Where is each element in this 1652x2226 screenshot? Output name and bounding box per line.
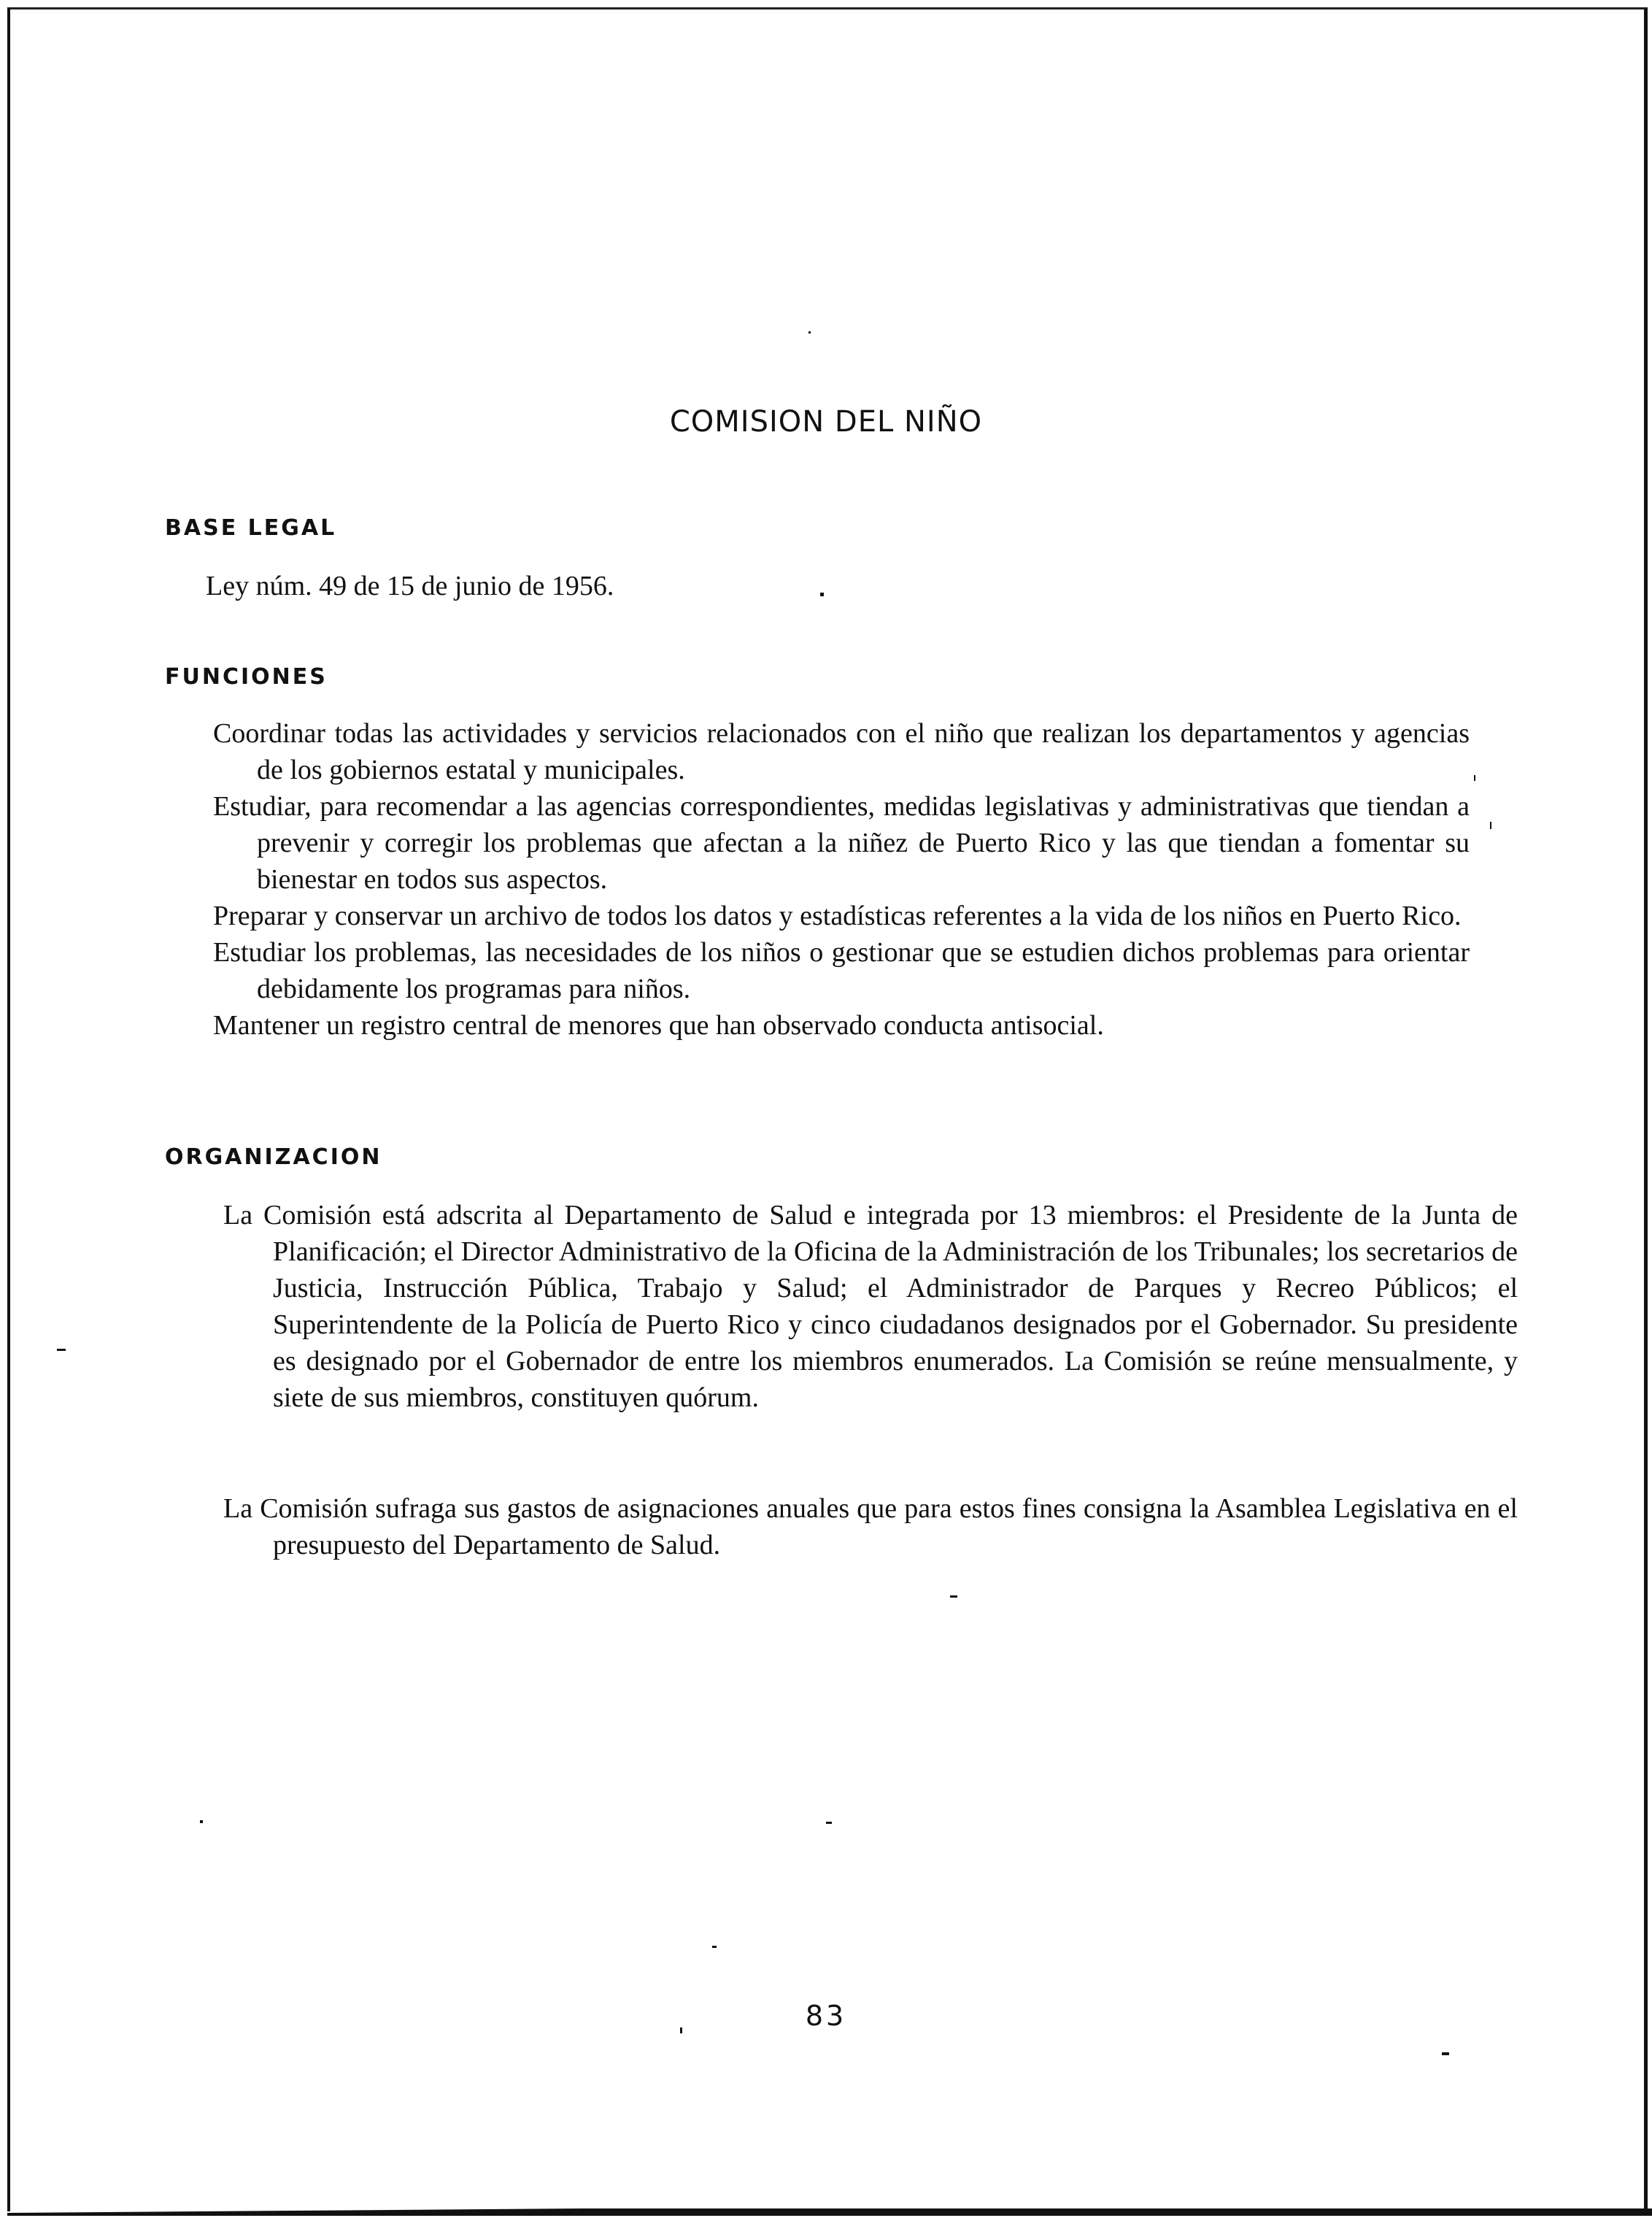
scan-speck: [680, 2027, 682, 2033]
scan-speck: [1474, 775, 1475, 781]
scan-speck: [712, 1946, 717, 1948]
page-border: [7, 7, 1648, 2211]
scan-speck: [950, 1595, 957, 1598]
funcion-item: Coordinar todas las actividades y servic…: [213, 715, 1470, 788]
organizacion-paragraph: La Comisión sufraga sus gastos de asigna…: [223, 1490, 1518, 1563]
scan-speck: [820, 593, 824, 596]
heading-funciones: FUNCIONES: [165, 664, 328, 690]
base-legal-text: Ley núm. 49 de 15 de junio de 1956.: [206, 568, 614, 604]
scan-speck: [1442, 2052, 1449, 2055]
funcion-item: Preparar y conservar un archivo de todos…: [213, 898, 1470, 934]
funcion-item: Estudiar, para recomendar a las agencias…: [213, 788, 1470, 898]
funcion-item: Estudiar los problemas, las necesidades …: [213, 934, 1470, 1007]
scan-speck: [200, 1820, 203, 1823]
funciones-list: Coordinar todas las actividades y servic…: [213, 715, 1470, 1044]
heading-base-legal: BASE LEGAL: [165, 515, 336, 541]
heading-organizacion: ORGANIZACION: [165, 1144, 382, 1170]
scan-speck: [826, 1822, 832, 1824]
page-number: 83: [0, 2000, 1652, 2032]
scan-speck: [1490, 822, 1491, 829]
scan-speck: [808, 331, 811, 334]
organizacion-paragraph: La Comisión está adscrita al Departament…: [223, 1197, 1518, 1416]
scan-speck: [57, 1349, 66, 1351]
funcion-item: Mantener un registro central de menores …: [213, 1007, 1470, 1044]
document-title: COMISION DEL NIÑO: [0, 405, 1652, 439]
